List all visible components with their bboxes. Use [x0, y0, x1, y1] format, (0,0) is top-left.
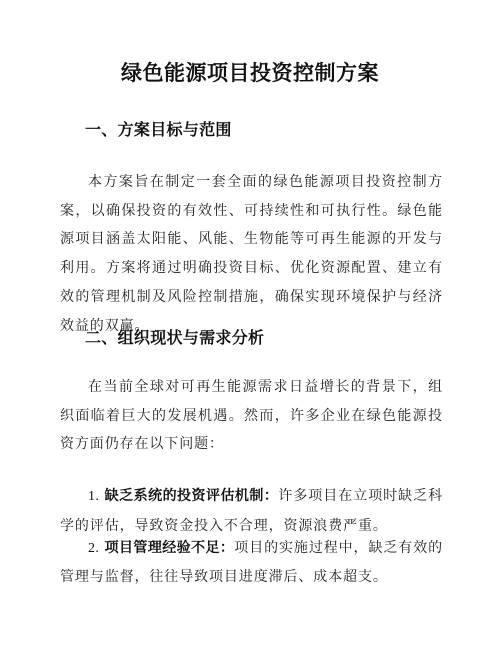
section-heading-status-needs: 二、组织现状与需求分析: [85, 326, 264, 350]
section-paragraph-status-needs: 在当前全球对可再生能源需求日益增长的背景下，组织面临着巨大的发展机遇。然而，许多…: [60, 373, 443, 459]
section-paragraph-goals-scope: 本方案旨在制定一套全面的绿色能源项目投资控制方案，以确保投资的有效性、可持续性和…: [60, 168, 443, 340]
document-title: 绿色能源项目投资控制方案: [0, 58, 500, 88]
list-item-number: 2.: [88, 541, 99, 556]
document-page: 绿色能源项目投资控制方案 一、方案目标与范围 本方案旨在制定一套全面的绿色能源项…: [0, 0, 500, 647]
section-heading-goals-scope: 一、方案目标与范围: [85, 118, 232, 142]
list-item-lead-text: 项目管理经验不足：: [105, 540, 235, 556]
list-item-project-management: 2. 项目管理经验不足：项目的实施过程中，缺乏有效的管理与监督，往往导致项目进度…: [60, 534, 443, 591]
list-item-lead: 2. 项目管理经验不足：: [88, 540, 234, 556]
list-item-investment-evaluation: 1. 缺乏系统的投资评估机制：许多项目在立项时缺乏科学的评估，导致资金投入不合理…: [60, 482, 443, 540]
list-item-lead: 1. 缺乏系统的投资评估机制：: [88, 488, 278, 504]
list-item-number: 1.: [88, 489, 99, 504]
list-item-lead-text: 缺乏系统的投资评估机制：: [105, 488, 279, 504]
